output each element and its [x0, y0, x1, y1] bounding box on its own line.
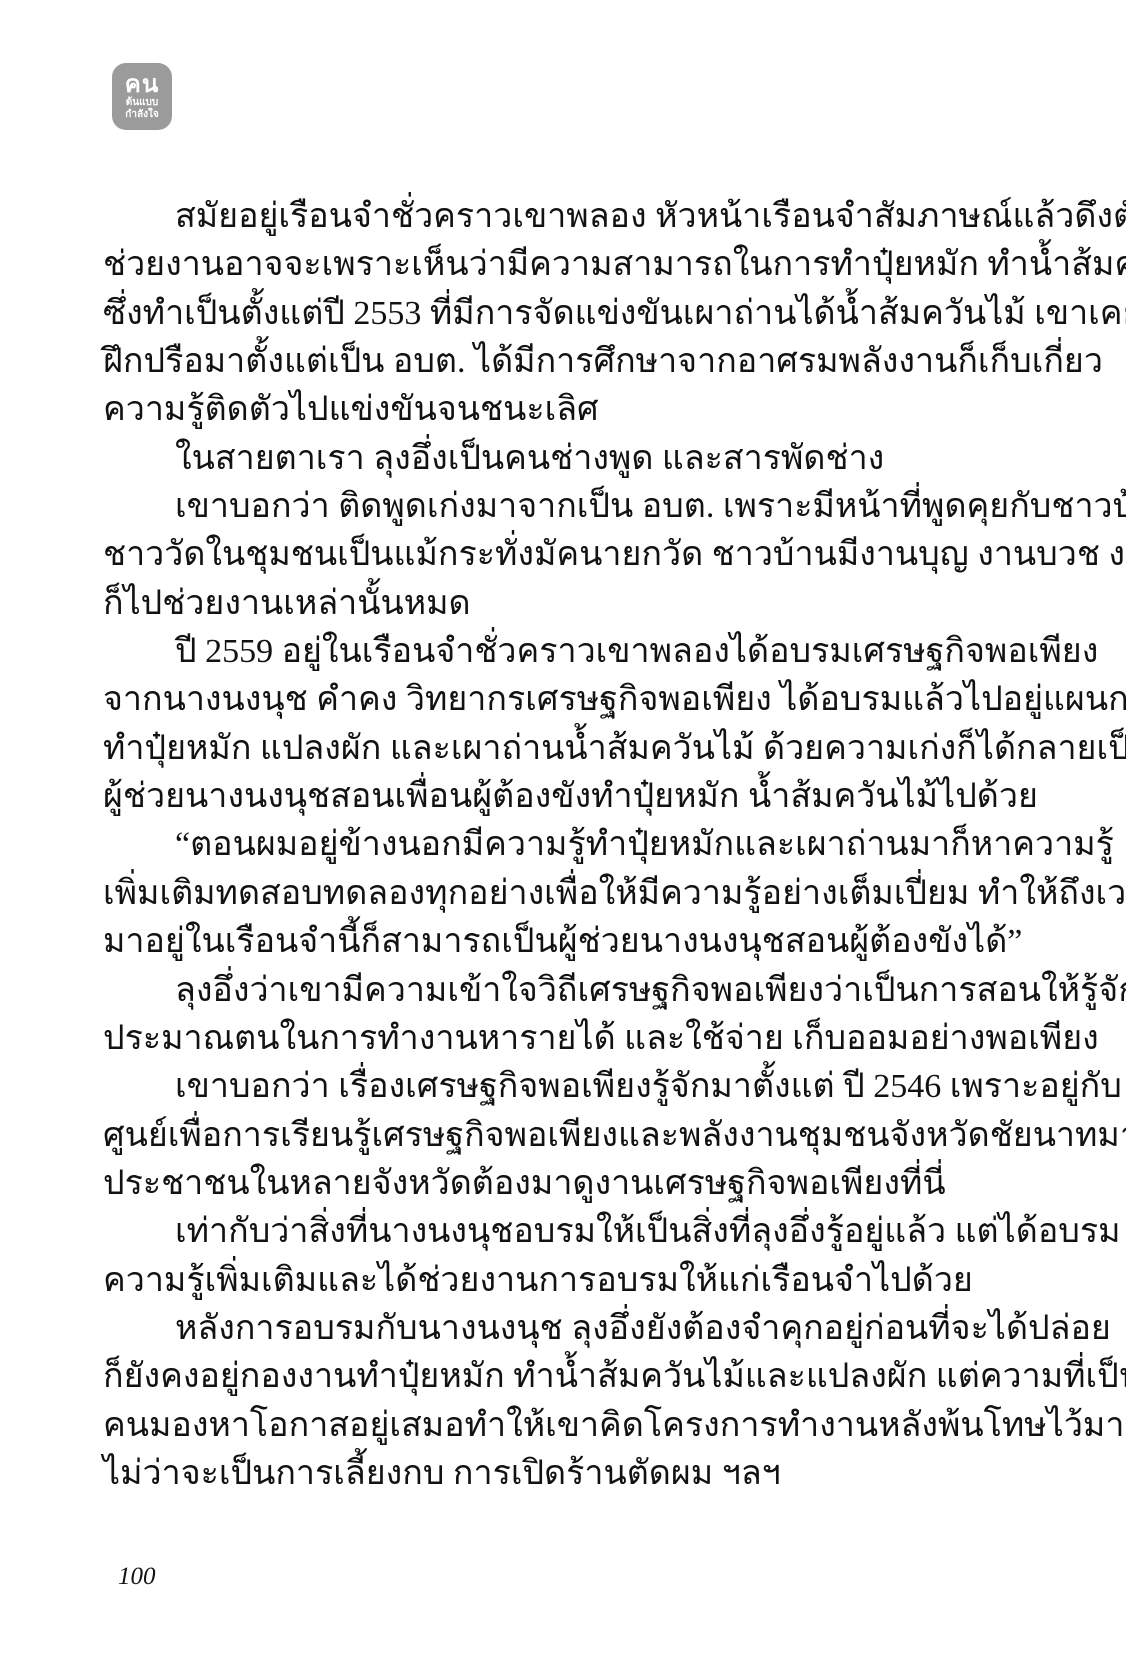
- logo-subtitle-2: กำลังใจ: [125, 109, 158, 121]
- text-line: ประมาณตนในการทำงานหารายได้ และใช้จ่าย เก…: [103, 1015, 1023, 1063]
- text-line: ผู้ช่วยนางนงนุชสอนเพื่อนผู้ต้องขังทำปุ๋ย…: [103, 773, 1023, 821]
- text-line: เขาบอกว่า ติดพูดเก่งมาจากเป็น อบต. เพราะ…: [103, 483, 1023, 531]
- text-line: ลุงอึ่งว่าเขามีความเข้าใจวิถีเศรษฐกิจพอเ…: [103, 967, 1023, 1015]
- text-line: “ตอนผมอยู่ข้างนอกมีความรู้ทำปุ๋ยหมักและเ…: [103, 821, 1023, 869]
- publisher-logo: คน ต้นแบบ กำลังใจ: [112, 63, 172, 130]
- text-line: มาอยู่ในเรือนจำนี้ก็สามารถเป็นผู้ช่วยนาง…: [103, 918, 1023, 966]
- text-line: ความรู้ติดตัวไปแข่งขันจนชนะเลิศ: [103, 386, 1023, 434]
- text-line: ทำปุ๋ยหมัก แปลงผัก และเผาถ่านน้ำส้มควันไ…: [103, 725, 1023, 773]
- body-text: สมัยอยู่เรือนจำชั่วคราวเขาพลอง หัวหน้าเร…: [103, 193, 1023, 1498]
- book-page: คน ต้นแบบ กำลังใจ สมัยอยู่เรือนจำชั่วครา…: [0, 0, 1126, 1654]
- text-line: ประชาชนในหลายจังหวัดต้องมาดูงานเศรษฐกิจพ…: [103, 1160, 1023, 1208]
- logo-subtitle-1: ต้นแบบ: [126, 97, 158, 109]
- text-line: ซึ่งทำเป็นตั้งแต่ปี 2553 ที่มีการจัดแข่ง…: [103, 290, 1023, 338]
- text-line: ในสายตาเรา ลุงอึ่งเป็นคนช่างพูด และสารพั…: [103, 435, 1023, 483]
- text-line: จากนางนงนุช คำคง วิทยากรเศรษฐกิจพอเพียง …: [103, 676, 1023, 724]
- text-line: ไม่ว่าจะเป็นการเลี้ยงกบ การเปิดร้านตัดผม…: [103, 1450, 1023, 1498]
- text-line: หลังการอบรมกับนางนงนุช ลุงอึ่งยังต้องจำค…: [103, 1305, 1023, 1353]
- logo-title: คน: [125, 73, 159, 97]
- text-line: ช่วยงานอาจจะเพราะเห็นว่ามีความสามารถในกา…: [103, 241, 1023, 289]
- text-line: ความรู้เพิ่มเติมและได้ช่วยงานการอบรมให้แ…: [103, 1257, 1023, 1305]
- text-line: เขาบอกว่า เรื่องเศรษฐกิจพอเพียงรู้จักมาต…: [103, 1063, 1023, 1111]
- text-line: สมัยอยู่เรือนจำชั่วคราวเขาพลอง หัวหน้าเร…: [103, 193, 1023, 241]
- text-line: เท่ากับว่าสิ่งที่นางนงนุชอบรมให้เป็นสิ่ง…: [103, 1208, 1023, 1256]
- text-line: เพิ่มเติมทดสอบทดลองทุกอย่างเพื่อให้มีควา…: [103, 870, 1023, 918]
- text-line: ฝึกปรือมาตั้งแต่เป็น อบต. ได้มีการศึกษาจ…: [103, 338, 1023, 386]
- text-line: ก็ยังคงอยู่กองงานทำปุ๋ยหมัก ทำน้ำส้มควัน…: [103, 1353, 1023, 1401]
- text-line: ศูนย์เพื่อการเรียนรู้เศรษฐกิจพอเพียงและพ…: [103, 1112, 1023, 1160]
- text-line: ก็ไปช่วยงานเหล่านั้นหมด: [103, 580, 1023, 628]
- page-number: 100: [118, 1563, 156, 1591]
- text-line: ชาววัดในชุมชนเป็นแม้กระทั่งมัคนายกวัด ชา…: [103, 531, 1023, 579]
- text-line: คนมองหาโอกาสอยู่เสมอทำให้เขาคิดโครงการทำ…: [103, 1402, 1023, 1450]
- text-line: ปี 2559 อยู่ในเรือนจำชั่วคราวเขาพลองได้อ…: [103, 628, 1023, 676]
